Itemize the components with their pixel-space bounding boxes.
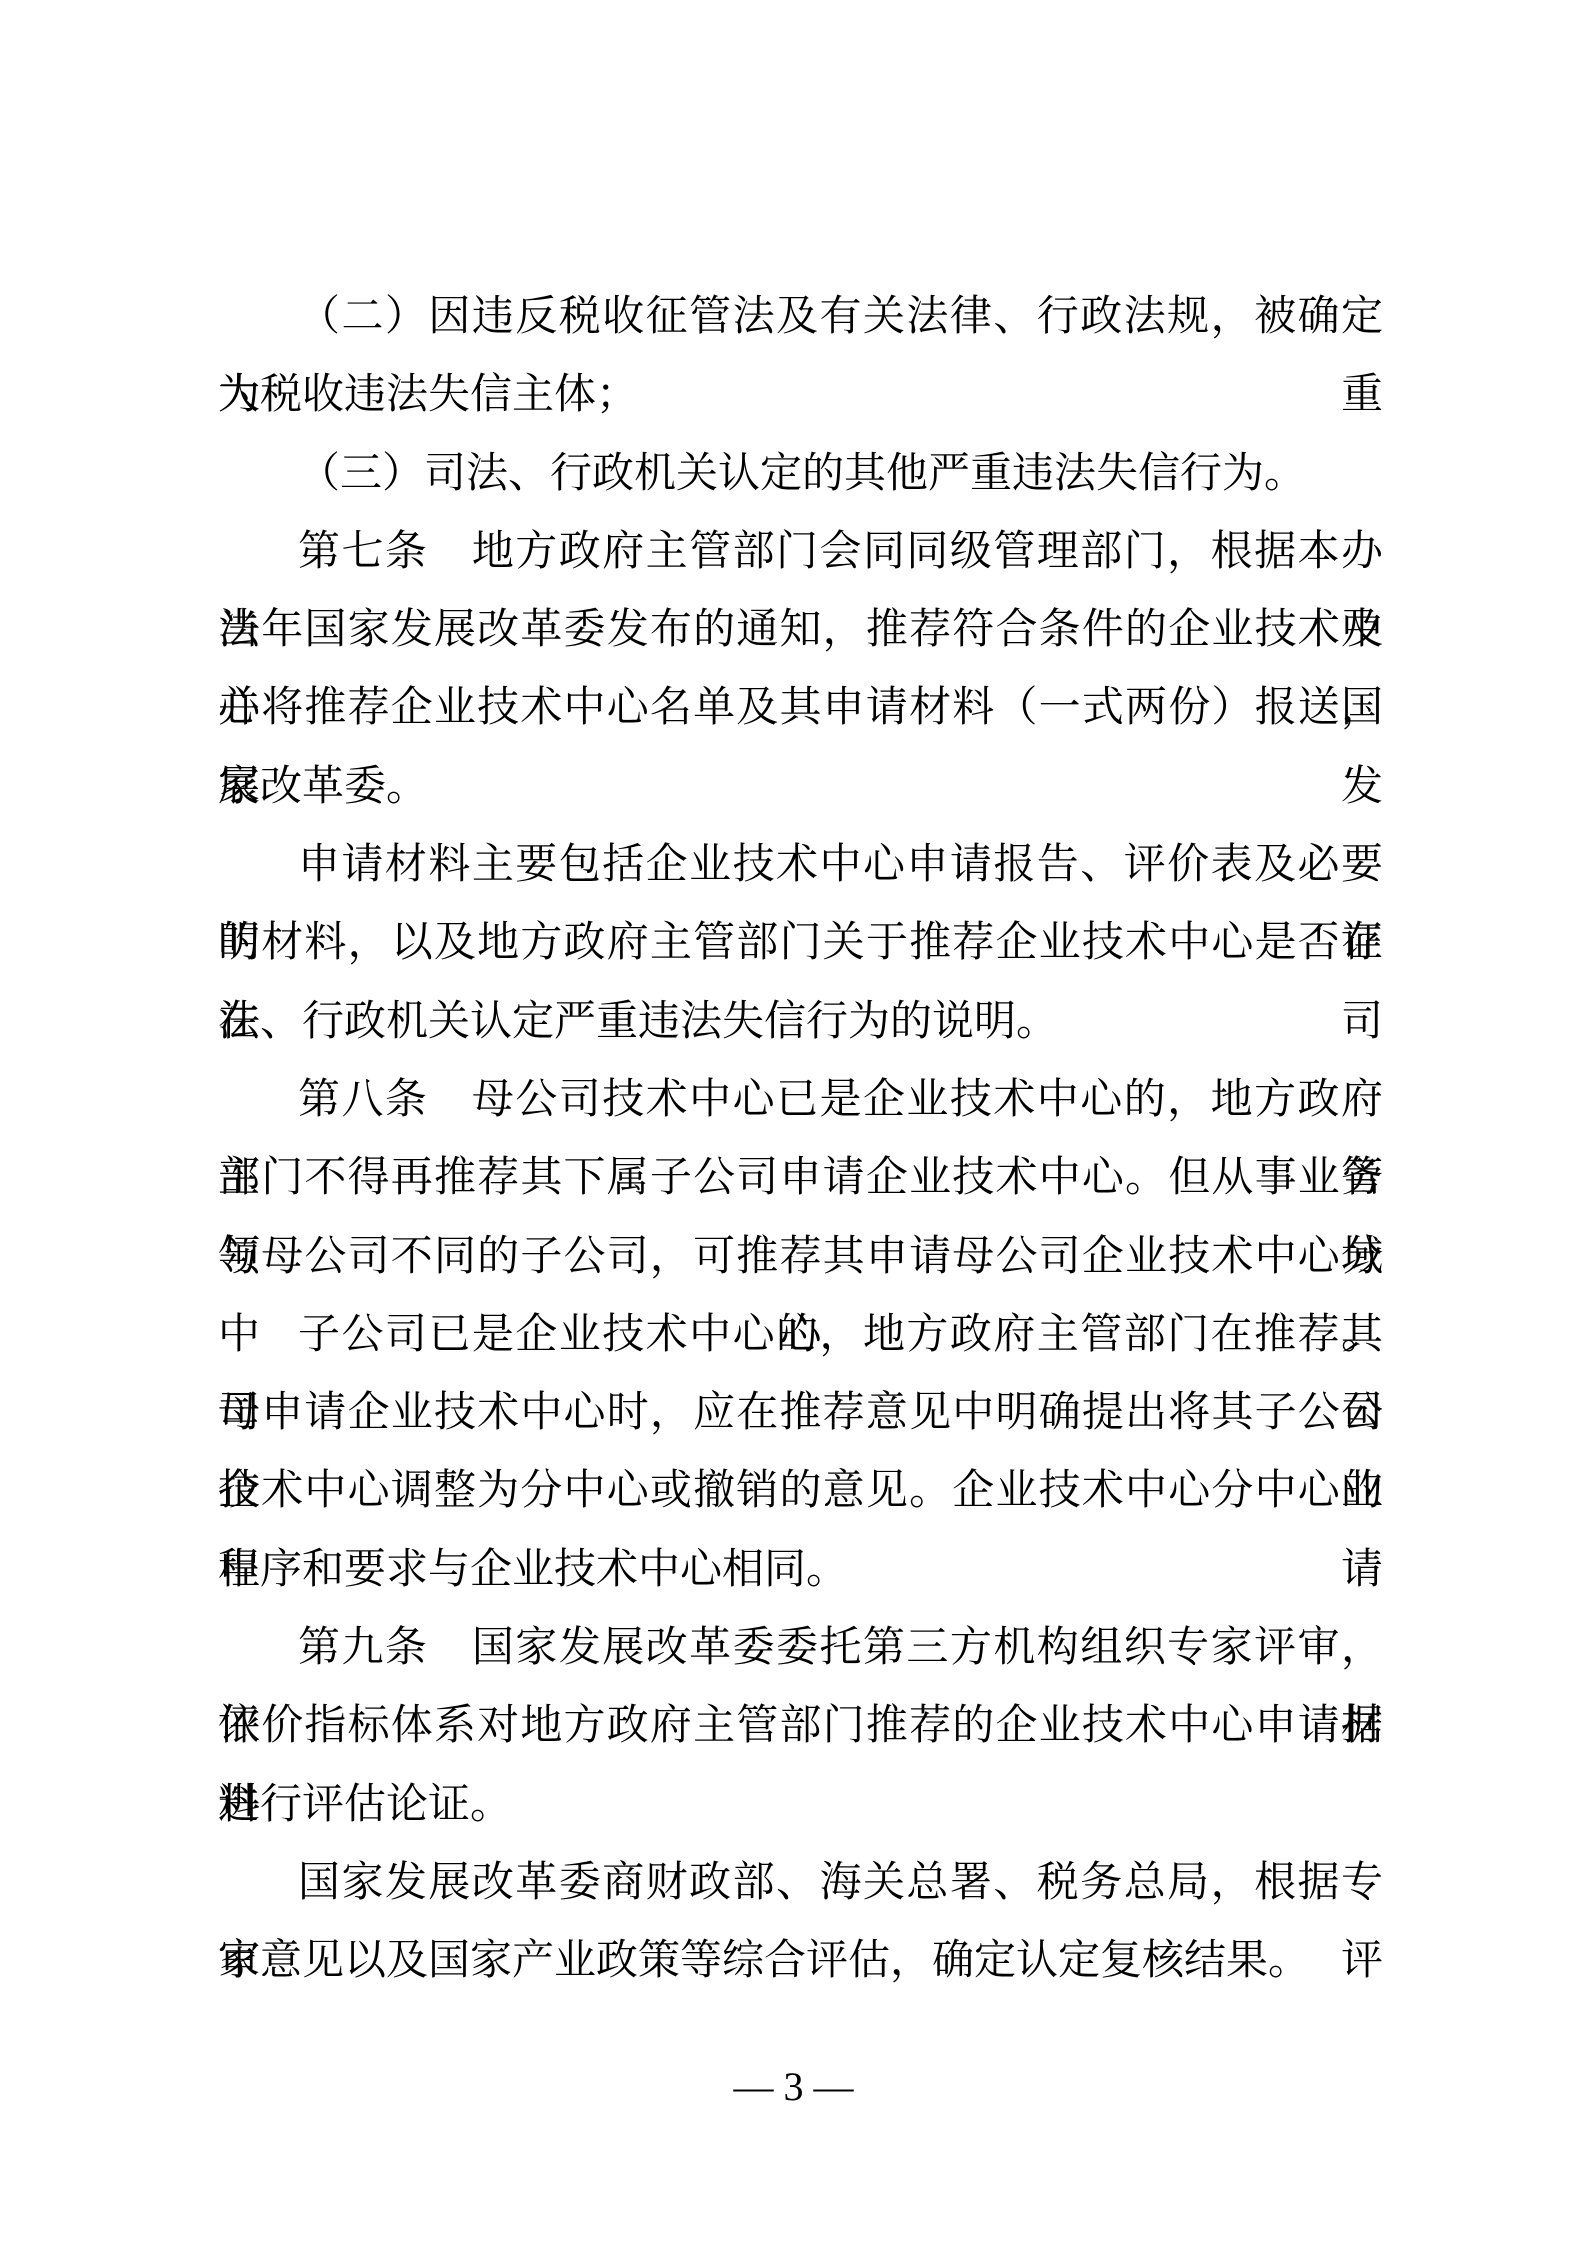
text-line: 司申请企业技术中心时，应在推荐意见中明确提出将其子公司企业	[218, 1373, 1383, 1451]
text-line: （二）因违反税收征管法及有关法律、行政法规，被确定为重	[218, 277, 1383, 355]
text-line: 申请材料主要包括企业技术中心申请报告、评价表及必要的证	[218, 825, 1383, 903]
text-line: 部门不得再推荐其下属子公司申请企业技术中心。但从事业务领域	[218, 1138, 1383, 1216]
text-line: （三）司法、行政机关认定的其他严重违法失信行为。	[218, 434, 1383, 512]
body-text-block: （二）因违反税收征管法及有关法律、行政法规，被确定为重 大税收违法失信主体； （…	[218, 277, 1383, 2000]
document-page: （二）因违反税收征管法及有关法律、行政法规，被确定为重 大税收违法失信主体； （…	[0, 0, 1587, 2245]
page-number-footer: — 3 —	[0, 2060, 1587, 2114]
text-line: 子公司已是企业技术中心的，地方政府主管部门在推荐其母公	[218, 1295, 1383, 1373]
text-line: 技术中心调整为分中心或撤销的意见。企业技术中心分中心的申请	[218, 1451, 1383, 1529]
text-line: 当年国家发展改革委发布的通知，推荐符合条件的企业技术中心，	[218, 590, 1383, 668]
text-line: 第七条 地方政府主管部门会同同级管理部门，根据本办法及	[218, 512, 1383, 590]
text-line: 第九条 国家发展改革委委托第三方机构组织专家评审，依据	[218, 1608, 1383, 1686]
text-line: 评价指标体系对地方政府主管部门推荐的企业技术中心申请材料	[218, 1686, 1383, 1764]
text-line: 并将推荐企业技术中心名单及其申请材料（一式两份）报送国家发	[218, 668, 1383, 746]
text-line: 进行评估论证。	[218, 1765, 1383, 1843]
text-line: 审意见以及国家产业政策等综合评估，确定认定复核结果。	[218, 1921, 1383, 1999]
text-line: 与母公司不同的子公司，可推荐其申请母公司企业技术中心分中心。	[218, 1217, 1383, 1295]
text-line: 第八条 母公司技术中心已是企业技术中心的，地方政府主管	[218, 1060, 1383, 1138]
text-line: 国家发展改革委商财政部、海关总署、税务总局，根据专家评	[218, 1843, 1383, 1921]
text-line: 明材料，以及地方政府主管部门关于推荐企业技术中心是否存在司	[218, 903, 1383, 981]
